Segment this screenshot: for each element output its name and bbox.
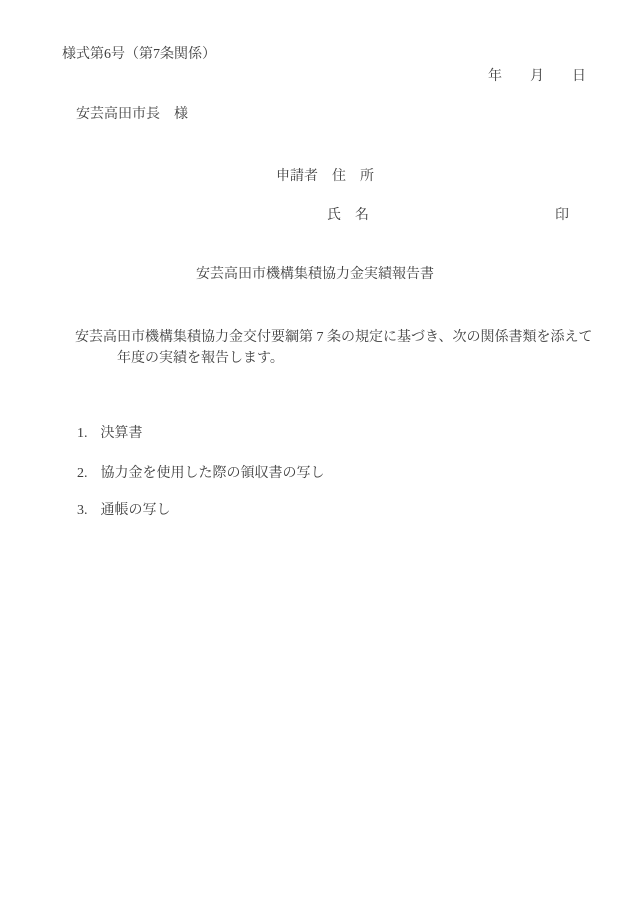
- attachment-item: 3.通帳の写し: [63, 487, 171, 535]
- addressee-line: 安芸高田市長 様: [76, 107, 188, 123]
- document-title: 安芸高田市機構集積協力金実績報告書: [0, 267, 630, 283]
- applicant-name-line: 氏 名: [327, 208, 369, 224]
- attachment-label: 協力金を使用した際の領収書の写し: [101, 466, 325, 481]
- applicant-address-line: 申請者 住 所: [276, 169, 374, 185]
- date-line: 年 月 日: [488, 69, 586, 85]
- form-number-label: 様式第6号（第7条関係）: [62, 47, 216, 63]
- body-paragraph-line-2: 年度の実績を報告します。: [117, 351, 284, 367]
- attachment-number: 2.: [77, 466, 88, 481]
- body-paragraph-line-1: 安芸高田市機構集積協力金交付要綱第 7 条の規定に基づき、次の関係書類を添えて: [75, 330, 592, 346]
- attachment-label: 通帳の写し: [101, 503, 171, 518]
- attachment-label: 決算書: [101, 426, 143, 441]
- attachment-number: 3.: [77, 503, 88, 518]
- attachment-number: 1.: [77, 426, 88, 441]
- seal-label: 印: [555, 208, 569, 224]
- document-page: 様式第6号（第7条関係） 年 月 日 安芸高田市長 様 申請者 住 所 氏 名 …: [0, 0, 630, 903]
